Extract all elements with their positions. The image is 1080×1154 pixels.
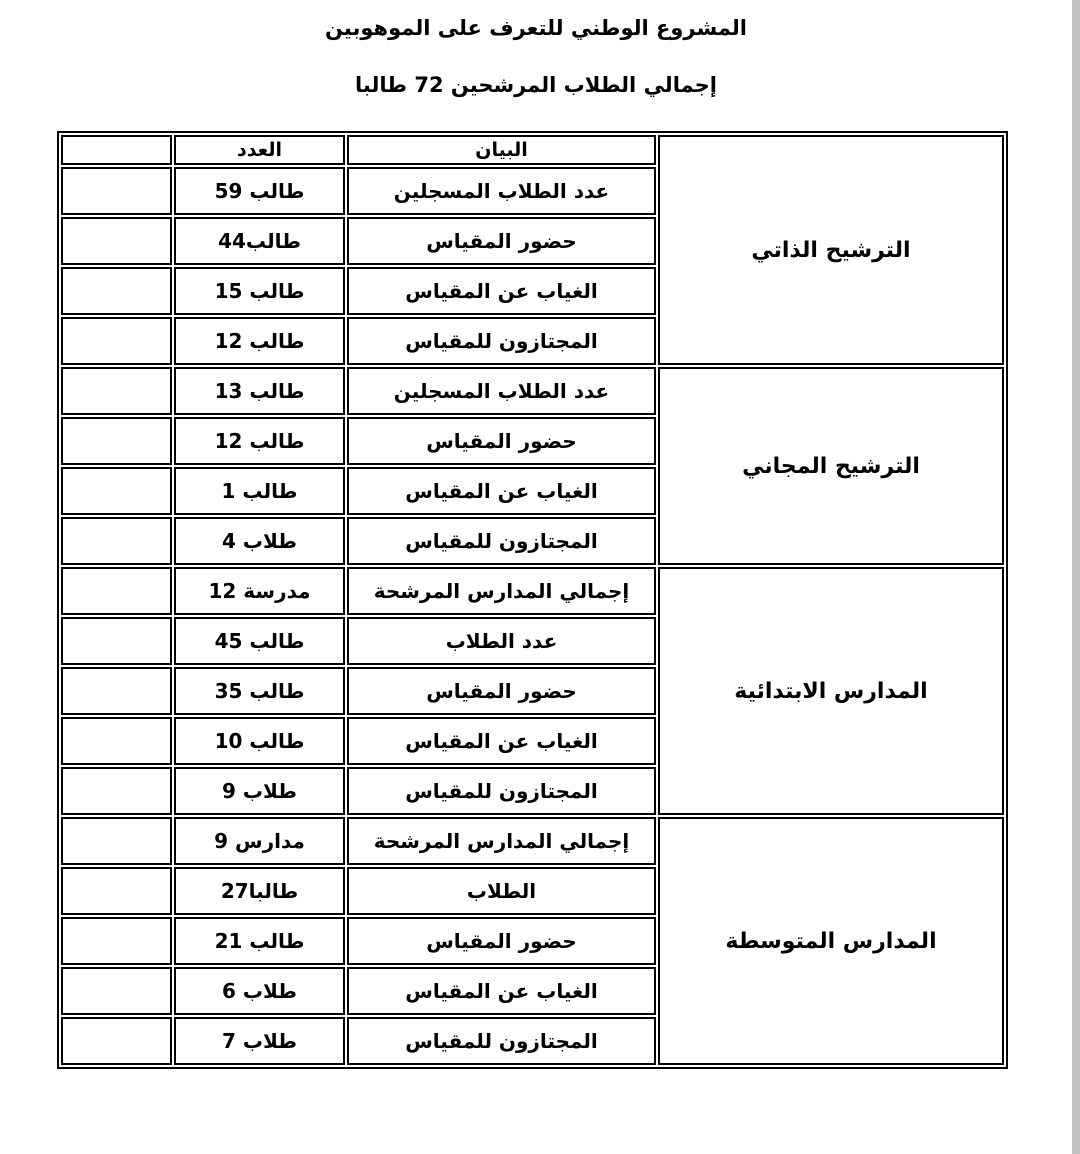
statement-cell: المجتازون للمقياس xyxy=(347,767,656,815)
count-cell: 7 طلاب xyxy=(174,1017,345,1065)
statement-cell: الغياب عن المقياس xyxy=(347,467,656,515)
count-cell: 12 طالب xyxy=(174,417,345,465)
count-cell: 21 طالب xyxy=(174,917,345,965)
empty-cell xyxy=(61,267,172,315)
category-cell: الترشيح المجاني xyxy=(658,367,1004,565)
count-cell: 27طالبا xyxy=(174,867,345,915)
statement-cell: حضور المقياس xyxy=(347,667,656,715)
statement-cell: حضور المقياس xyxy=(347,417,656,465)
empty-cell xyxy=(61,817,172,865)
empty-cell xyxy=(61,967,172,1015)
page-subtitle: إجمالي الطلاب المرشحين 72 طالبا xyxy=(0,73,1072,97)
count-cell: 9 مدارس xyxy=(174,817,345,865)
empty-cell xyxy=(61,317,172,365)
statement-cell: الغياب عن المقياس xyxy=(347,967,656,1015)
empty-cell xyxy=(61,567,172,615)
statement-cell: إجمالي المدارس المرشحة xyxy=(347,567,656,615)
table-row: الترشيح المجاني عدد الطلاب المسجلين 13 ط… xyxy=(61,367,1004,415)
count-cell: 10 طالب xyxy=(174,717,345,765)
count-cell: 9 طلاب xyxy=(174,767,345,815)
table-row: المدارس الابتدائية إجمالي المدارس المرشح… xyxy=(61,567,1004,615)
statement-cell: المجتازون للمقياس xyxy=(347,1017,656,1065)
empty-cell xyxy=(61,717,172,765)
statement-cell: الغياب عن المقياس xyxy=(347,267,656,315)
empty-cell xyxy=(61,917,172,965)
empty-cell xyxy=(61,367,172,415)
empty-cell xyxy=(61,1017,172,1065)
statement-cell: عدد الطلاب xyxy=(347,617,656,665)
column-header-statement: البيان xyxy=(347,135,656,165)
count-cell: 15 طالب xyxy=(174,267,345,315)
count-cell: 59 طالب xyxy=(174,167,345,215)
statement-cell: الطلاب xyxy=(347,867,656,915)
statement-cell: حضور المقياس xyxy=(347,217,656,265)
table-row: المدارس المتوسطة إجمالي المدارس المرشحة … xyxy=(61,817,1004,865)
column-header-count: العدد xyxy=(174,135,345,165)
count-cell: 1 طالب xyxy=(174,467,345,515)
summary-table: الترشيح الذاتي البيان العدد عدد الطلاب ا… xyxy=(57,131,1008,1069)
empty-cell xyxy=(61,217,172,265)
empty-cell xyxy=(61,767,172,815)
statement-cell: عدد الطلاب المسجلين xyxy=(347,167,656,215)
page-edge-strip xyxy=(1072,0,1080,1154)
page-title: المشروع الوطني للتعرف على الموهوبين xyxy=(0,16,1072,40)
summary-table-container: الترشيح الذاتي البيان العدد عدد الطلاب ا… xyxy=(57,131,1008,1069)
count-cell: 35 طالب xyxy=(174,667,345,715)
category-cell: الترشيح الذاتي xyxy=(658,135,1004,365)
empty-cell xyxy=(61,667,172,715)
statement-cell: حضور المقياس xyxy=(347,917,656,965)
count-cell: 12 طالب xyxy=(174,317,345,365)
empty-cell xyxy=(61,467,172,515)
count-cell: 12 مدرسة xyxy=(174,567,345,615)
statement-cell: الغياب عن المقياس xyxy=(347,717,656,765)
statement-cell: المجتازون للمقياس xyxy=(347,517,656,565)
empty-cell xyxy=(61,417,172,465)
table-row: الترشيح الذاتي البيان العدد xyxy=(61,135,1004,165)
count-cell: 44طالب xyxy=(174,217,345,265)
count-cell: 6 طلاب xyxy=(174,967,345,1015)
statement-cell: إجمالي المدارس المرشحة xyxy=(347,817,656,865)
document-header: المشروع الوطني للتعرف على الموهوبين إجما… xyxy=(0,0,1072,97)
count-cell: 45 طالب xyxy=(174,617,345,665)
count-cell: 13 طالب xyxy=(174,367,345,415)
statement-cell: المجتازون للمقياس xyxy=(347,317,656,365)
column-header-empty xyxy=(61,135,172,165)
empty-cell xyxy=(61,167,172,215)
count-cell: 4 طلاب xyxy=(174,517,345,565)
empty-cell xyxy=(61,617,172,665)
category-cell: المدارس المتوسطة xyxy=(658,817,1004,1065)
statement-cell: عدد الطلاب المسجلين xyxy=(347,367,656,415)
empty-cell xyxy=(61,867,172,915)
empty-cell xyxy=(61,517,172,565)
category-cell: المدارس الابتدائية xyxy=(658,567,1004,815)
